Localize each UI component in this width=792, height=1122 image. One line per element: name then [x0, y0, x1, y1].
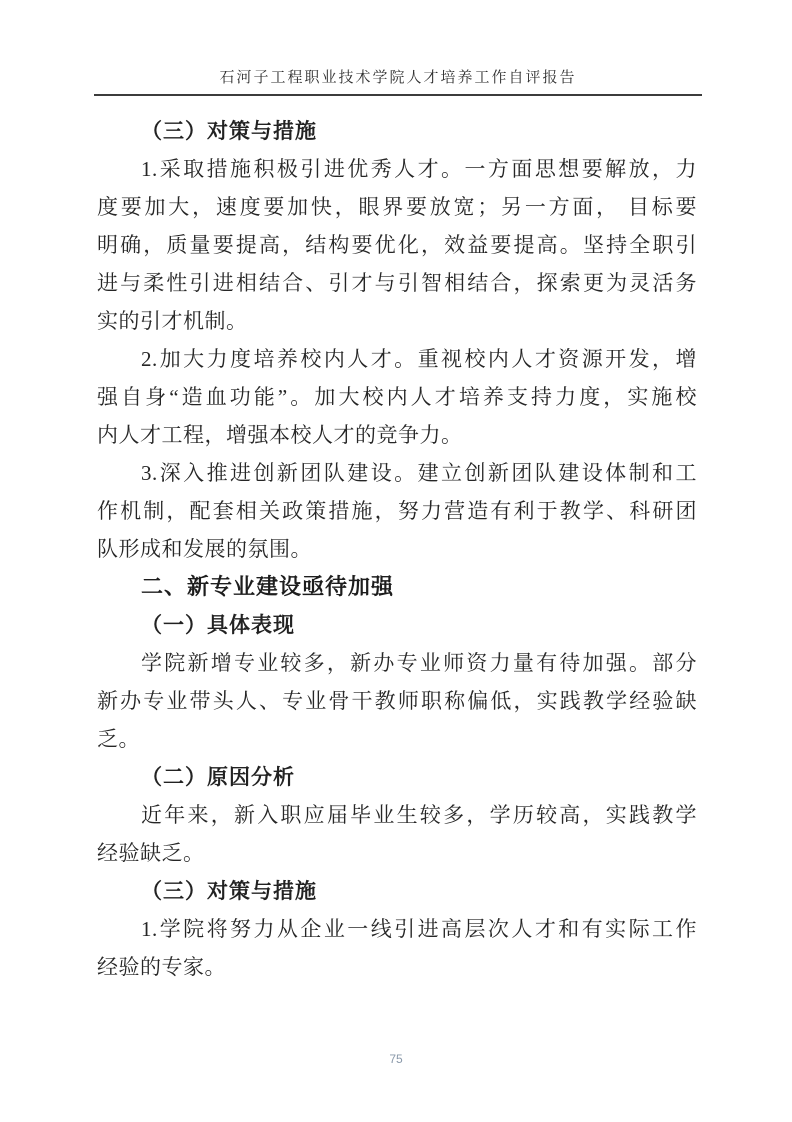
- body-line: 内人才工程，增强本校人才的竞争力。: [97, 416, 697, 454]
- body-line: 实的引才机制。: [97, 302, 697, 340]
- body-line: 新办专业带头人、专业骨干教师职称偏低，实践教学经验缺: [97, 682, 697, 720]
- body-line: 1.采取措施积极引进优秀人才。一方面思想要解放，力: [97, 150, 697, 188]
- body-line: 乏。: [97, 720, 697, 758]
- body-line: 近年来，新入职应届毕业生较多，学历较高，实践教学: [97, 796, 697, 834]
- section-heading: 二、新专业建设亟待加强: [97, 568, 697, 606]
- body-line: 学院新增专业较多，新办专业师资力量有待加强。部分: [97, 644, 697, 682]
- subsection-heading: （一）具体表现: [97, 606, 697, 644]
- document-page: 石河子工程职业技术学院人才培养工作自评报告 （三）对策与措施 1.采取措施积极引…: [0, 0, 792, 1122]
- header-rule: [94, 94, 702, 96]
- body-line: 1.学院将努力从企业一线引进高层次人才和有实际工作: [97, 910, 697, 948]
- body-line: 队形成和发展的氛围。: [97, 530, 697, 568]
- page-header: 石河子工程职业技术学院人才培养工作自评报告: [94, 66, 702, 96]
- subsection-heading: （三）对策与措施: [97, 112, 697, 150]
- body-line: 作机制，配套相关政策措施，努力营造有利于教学、科研团: [97, 492, 697, 530]
- header-title: 石河子工程职业技术学院人才培养工作自评报告: [94, 66, 702, 87]
- body-line: 强自身“造血功能”。加大校内人才培养支持力度，实施校: [97, 378, 697, 416]
- body-line: 度要加大，速度要加快，眼界要放宽；另一方面， 目标要: [97, 188, 697, 226]
- page-footer: 75: [0, 1050, 792, 1068]
- body-line: 3.深入推进创新团队建设。建立创新团队建设体制和工: [97, 454, 697, 492]
- body-line: 进与柔性引进相结合、引才与引智相结合，探索更为灵活务: [97, 264, 697, 302]
- body-line: 经验缺乏。: [97, 834, 697, 872]
- subsection-heading: （三）对策与措施: [97, 872, 697, 910]
- page-number: 75: [389, 1052, 402, 1066]
- body-line: 经验的专家。: [97, 948, 697, 986]
- subsection-heading: （二）原因分析: [97, 758, 697, 796]
- body-line: 明确，质量要提高，结构要优化，效益要提高。坚持全职引: [97, 226, 697, 264]
- body-line: 2.加大力度培养校内人才。重视校内人才资源开发，增: [97, 340, 697, 378]
- document-body: （三）对策与措施 1.采取措施积极引进优秀人才。一方面思想要解放，力 度要加大，…: [97, 112, 697, 986]
